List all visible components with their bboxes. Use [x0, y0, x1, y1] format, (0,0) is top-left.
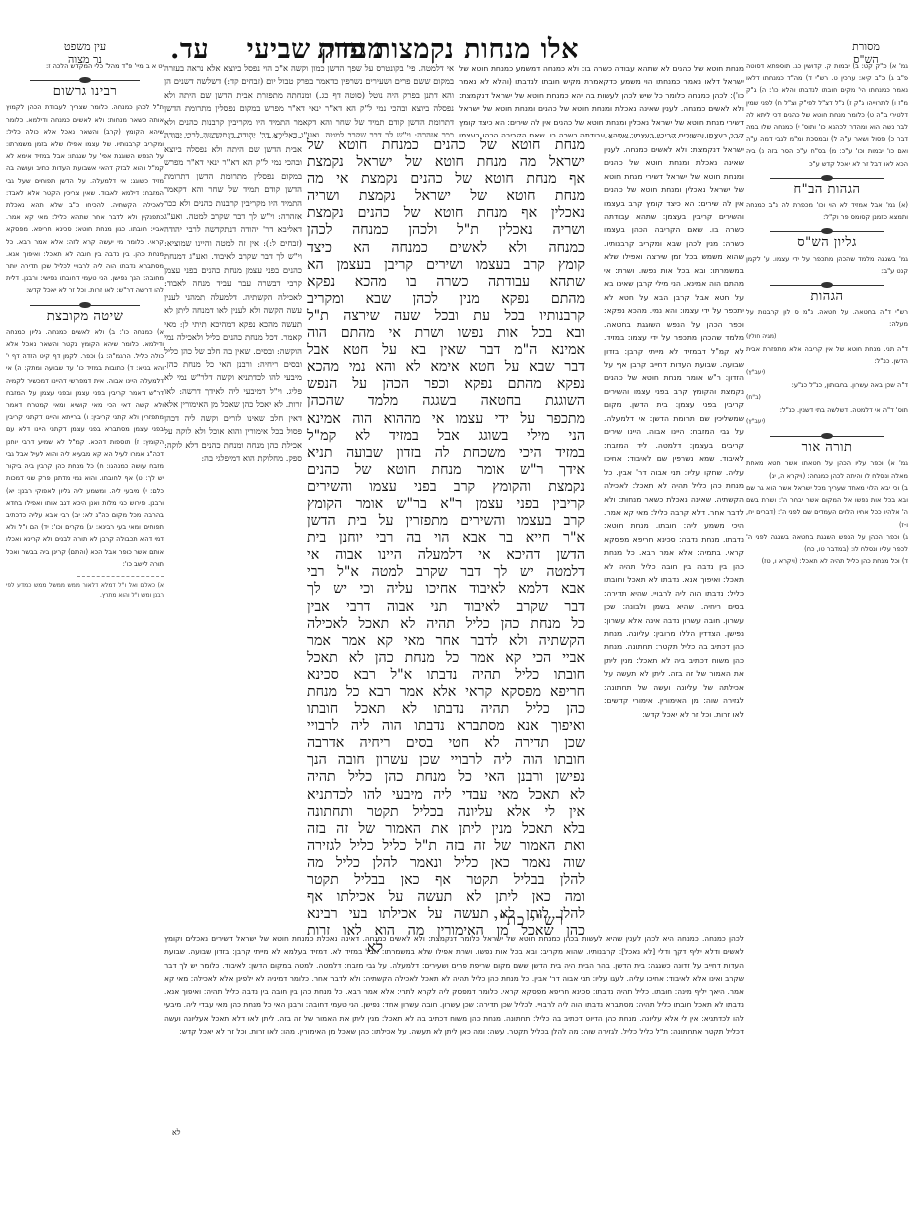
gemara-line: קרבנותיו בכל עת ובכל שעה שירצה ת"ל: [307, 308, 585, 325]
ornament-divider: [770, 282, 883, 288]
rashi-ktav-yad-title: רש"י כת"י: [164, 911, 744, 930]
rashi-text-top: מנחת חוטא של כהנים לא שתהא עבודה כשרה בו…: [459, 64, 744, 137]
gemara-line: נקמצת והקומץ קרב בפני עצמו והשירים: [307, 479, 585, 496]
hagahot-habach-title: הגהות הב"ח: [746, 184, 908, 196]
torah-or-item: ב) וכי יבא הלוי מאחד שעריך מכל ישראל אשר…: [746, 482, 908, 531]
ein-mishpat-line1: עין משפט: [50, 40, 120, 53]
gemara-line: דבר שבא על חטא אימא לא והא נמי מהכא: [307, 359, 585, 376]
gemara-line: ישראל מה מנחת חוטא של ישראל נקמצת: [307, 154, 585, 171]
gemara-line: בלא תאכל מנין ליתן את האמור של זה בזה: [307, 821, 585, 838]
gilyon-hashas-title: גליון הש"ס: [746, 237, 908, 249]
gemara-line: חריפא מפסקא קראי אלא אמר רבא כל מנחת: [307, 684, 585, 701]
ner-mitzva-text: יט א ב מיי' פ"ד מהל' כלי המקדש הלכה ז:: [6, 60, 164, 72]
torah-or-item: ג) וכפר הכהן על הנפש השגגת בחטאה בשגגה ל…: [746, 531, 908, 555]
gemara-line: כמנחה ולא לאשים כמנחה הא כיצד: [307, 240, 585, 257]
gemara-line: ומה כאן ליתן לא תעשה על אכילתו אף: [307, 889, 585, 906]
rashi-ktav-yad-text: לכהן כמנחה. כמנחה היא לכהן לענין שהיא לע…: [164, 932, 744, 1038]
gemara-line: מנחת חוטא של ישראל נקמצת ושריה: [307, 188, 585, 205]
folio-number: עד.: [170, 34, 209, 65]
hagahot-item: רש"י ד"ה בחטאה. על חטאה. נ"מ ס לון קרבנו…: [746, 306, 908, 343]
torah-or-title: תורה אור: [746, 442, 908, 454]
gemara-line: מהתם נפקא מנין לכהן שבא ומקריב: [307, 291, 585, 308]
gemara-line: שוה נאמר כאן כליל ונאמר להלן כליל מה: [307, 855, 585, 872]
gemara-line: אביי הכי קא אמר כל מנחת כהן לא תאכל: [307, 650, 585, 667]
gemara-line: נפקא מהתם נפקא וכפר הכהן על הנפש: [307, 376, 585, 393]
page-end-mark: לא: [172, 1128, 181, 1137]
right-margin-column: גמ' א) כ"ק קט: ב) יבמות ק. קדושין כג. תו…: [746, 60, 908, 680]
gemara-line: נאכלין אף מנחת חוטא של כהנים נקמצת: [307, 205, 585, 222]
gemara-line: להלן בבליל תקטר אף כאן בבליל תקטר: [307, 872, 585, 889]
footnote-rule: [77, 576, 164, 577]
tosafot-commentary-side: אי דלמטה. פי' בקונטרס על שפך הדשן כמון ו…: [164, 137, 302, 877]
masoret-hashas-text: גמ' א) כ"ק קט: ב) יבמות ק. קדושין כג. תו…: [746, 60, 908, 170]
rabbeinu-gershom-text: ת"ל לכהן כמנחה. כלומר שצריך לעבודת הכהן …: [6, 101, 164, 296]
gemara-line: דבר שקרב לאיבוד תני אבוה דרבי אבין: [307, 599, 585, 616]
gemara-line: כהן כליל תהיה נדבתו לא תאכל חובתו: [307, 701, 585, 718]
gemara-line: הדשן דהיכא אי דלמעלה היינו אבוה אי: [307, 547, 585, 564]
gemara-line: הני מילי בשוגג אבל במזיד לא קמ"ל: [307, 428, 585, 445]
hagahot-item: תוס' ד"ה אי דלמטה. דשלשה בתי דשנין. כנ"ל…: [746, 404, 908, 428]
rabbeinu-gershom-title: רבינו גרשום: [6, 86, 164, 98]
ornament-divider: [770, 175, 883, 181]
shita-footnote: א) כאלם ואל ו"ל דמלא דלאור ממש ממשל ממש …: [6, 581, 164, 601]
gemara-line: אידך ר"ש אומר מנחת חוטא של כהנים: [307, 462, 585, 479]
gemara-line: שכן תדירה לא חטי בסים ריחיה אדרבה: [307, 735, 585, 752]
gemara-line: אמינא ה"מ דבר שאין בא על חטא אבל: [307, 342, 585, 359]
tosafot-commentary: אי דלמטה. פי' בקונטרס על שפך הדשן כמון ו…: [164, 62, 454, 137]
hagahot-title: הגהות: [746, 291, 908, 303]
rashi-commentary: מנחת חוטא של כהנים לא שתהא עבודה כשרה בו…: [459, 62, 744, 137]
gemara-line: מנחת חוטא של כהנים כמנחת חוטא של: [307, 137, 585, 154]
gemara-text: מנחת חוטא של כהנים כמנחת חוטא של ישראל מ…: [307, 137, 585, 954]
ornament-divider: [770, 228, 883, 234]
ornament-divider: [30, 302, 141, 308]
shita-mekubetzet-title: שיטה מקובצת: [6, 311, 164, 323]
hagahot-item: ד"ה תני. מנחת חוטא של אין קריבה אלא מתפז…: [746, 343, 908, 380]
chapter-title: אלו מנחות נקמצות פרק שביעי: [247, 34, 579, 65]
left-margin-column: יט א ב מיי' פ"ד מהל' כלי המקדש הלכה ז: ר…: [6, 60, 164, 1080]
page-title: אלו מנחות נקמצות פרק שביעי: [247, 34, 579, 65]
tractate-name: מנחות: [317, 34, 384, 65]
gemara-line: נפישן ורבנן האי כל מנחת כהן כליל תהיה: [307, 769, 585, 786]
gemara-line: ואת האמור של זה בזה ת"ל כליל כליל לגזירה: [307, 838, 585, 855]
gilyon-hashas-text: גמ' בשגגה מלמד שהכהן מתכפר על ידי עצמו. …: [746, 253, 908, 277]
masoret-label-line1: מסורת: [836, 40, 896, 53]
gemara-line: א"ר חייא בר אבא הוי בה רבי יוחנן בית: [307, 530, 585, 547]
shita-mekubetzet-text: א) כמנחה כו': ב) ולא לאשים כמנחה. גליון …: [6, 326, 164, 570]
rashi-text-side: מנחת חוטא של כהנים לא שתהא עבודה כשרה בו…: [604, 137, 744, 721]
gemara-line: אבא דלמא לאיבוד אחיכו עליה וכי יש לך: [307, 581, 585, 598]
gemara-line: קומץ קרב בעצמו ושירים קריבן בעצמן הא: [307, 257, 585, 274]
hagahot-item: ד"ה שכן באה עשרון. בחבותון, כנ"ל כנ"ע:(ב…: [746, 379, 908, 403]
gemara-line: ואיפוך אנא מסתברא נדבתו הוה ליה לרבויי: [307, 718, 585, 735]
gemara-line: ושריה נאכלין ת"ל ולכהן כמנחה לכהן: [307, 222, 585, 239]
ornament-divider: [30, 77, 141, 83]
gemara-line: קריבין בפני עצמן ר"א בר"ש אומר הקומץ: [307, 496, 585, 513]
gemara-line: כל מנחת כהן כליל תהיה לא תאכל לאכילה: [307, 616, 585, 633]
hagahot-habach-text: (א) גמ' אבל אמזיד לא הוי וכו' מכפרת לה נ…: [746, 199, 908, 223]
torah-or-item: גמ' א) וכפר עליו הכהן על חטאתו אשר חטא מ…: [746, 457, 908, 481]
rashi-commentary-side: מנחת חוטא של כהנים לא שתהא עבודה כשרה בו…: [604, 137, 744, 877]
gemara-line: שתהא עבודתה כשרה בו מהכא נפקא: [307, 274, 585, 291]
rashi-ktav-yad-section: רש"י כת"י לכהן כמנחה. כמנחה היא לכהן לענ…: [164, 905, 744, 1110]
gemara-line: במזיד היכי משכחת לה בזדון שבועה תניא: [307, 445, 585, 462]
torah-or-item: ד) וכל מנחת כהן כליל תהיה לא תאכל: (ויקר…: [746, 555, 908, 567]
gemara-line: אין לי אלא עליונה בכליל תקטר ותחתונה: [307, 804, 585, 821]
gemara-line: לא תאכל מאי עבדי ליה מיבעי להו לכדתניא: [307, 787, 585, 804]
gemara-line: חובתו כליל תהיה נדבתו א"ל רבא סכינא: [307, 667, 585, 684]
gemara-line: חובתו הוה ליה לרבויי שכן עשרון חובה הנך: [307, 752, 585, 769]
gemara-line: ובא בכל אות נפשו ושרת אי מהתם הוה: [307, 325, 585, 342]
gemara-line: קרב בעצמו והשירים מתפזרין על בית הדשן: [307, 513, 585, 530]
gemara-line: אף מנחת חוטא של כהנים נקמצת אי מה: [307, 171, 585, 188]
ornament-divider: [770, 433, 883, 439]
tosafot-text-side: אי דלמטה. פי' בקונטרס על שפך הדשן כמון ו…: [164, 137, 302, 466]
gemara-line: השוגגת בחטאה בשגגה מלמד שהכהן: [307, 393, 585, 410]
gemara-line: הקשתיה ולא לדבר אחר מאי קא אמר אמר: [307, 633, 585, 650]
tosafot-text-top: אי דלמטה. פי' בקונטרס על שפך הדשן כמון ו…: [164, 63, 454, 137]
gemara-line: מתכפר על ידי עצמו אי מההוא הוה אמינא: [307, 411, 585, 428]
gemara-line: דלמטה יש לך דבר שקרב למטה א"ל רבי: [307, 564, 585, 581]
